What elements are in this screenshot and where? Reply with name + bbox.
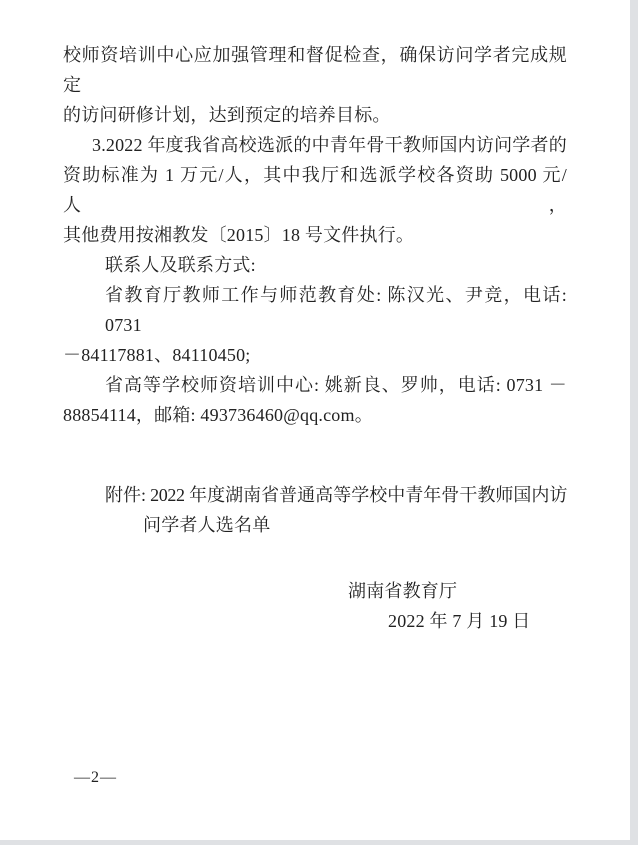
page-number: —2—: [74, 763, 117, 793]
contact-line-2b: 88854114，邮箱: 493736460@qq.com。: [63, 400, 567, 430]
document-body: 校师资培训中心应加强管理和督促检查，确保访问学者完成规定 的访问研修计划，达到预…: [63, 40, 567, 636]
contact-line-1a: 省教育厅教师工作与师范教育处: 陈汉光、尹竞，电话: 0731: [63, 280, 567, 340]
body-line-4: 资助标准为 1 万元/人，其中我厅和选派学校各资助 5000 元/人，: [63, 160, 567, 220]
body-line-2: 的访问研修计划，达到预定的培养目标。: [63, 100, 567, 130]
body-line-3: 3.2022 年度我省高校选派的中青年骨干教师国内访问学者的: [63, 130, 567, 160]
contact-line-2a: 省高等学校师资培训中心: 姚新良、罗帅，电话: 0731 －: [63, 370, 567, 400]
contact-heading-line: 联系人及联系方式:: [63, 250, 567, 280]
document-page: 校师资培训中心应加强管理和督促检查，确保访问学者完成规定 的访问研修计划，达到预…: [0, 0, 638, 845]
signature-org: 湖南省教育厅: [63, 576, 567, 606]
scan-edge-bottom: [0, 840, 638, 845]
attachment-line-2: 问学者人选名单: [63, 510, 567, 540]
attachment-line-1: 附件: 2022 年度湖南省普通高等学校中青年骨干教师国内访: [63, 480, 567, 510]
scan-edge-right: [630, 0, 638, 845]
contact-line-1b: －84117881、84110450;: [63, 340, 567, 370]
signature-date: 2022 年 7 月 19 日: [63, 606, 567, 636]
body-line-1: 校师资培训中心应加强管理和督促检查，确保访问学者完成规定: [63, 40, 567, 100]
body-line-5: 其他费用按湘教发〔2015〕18 号文件执行。: [63, 220, 567, 250]
